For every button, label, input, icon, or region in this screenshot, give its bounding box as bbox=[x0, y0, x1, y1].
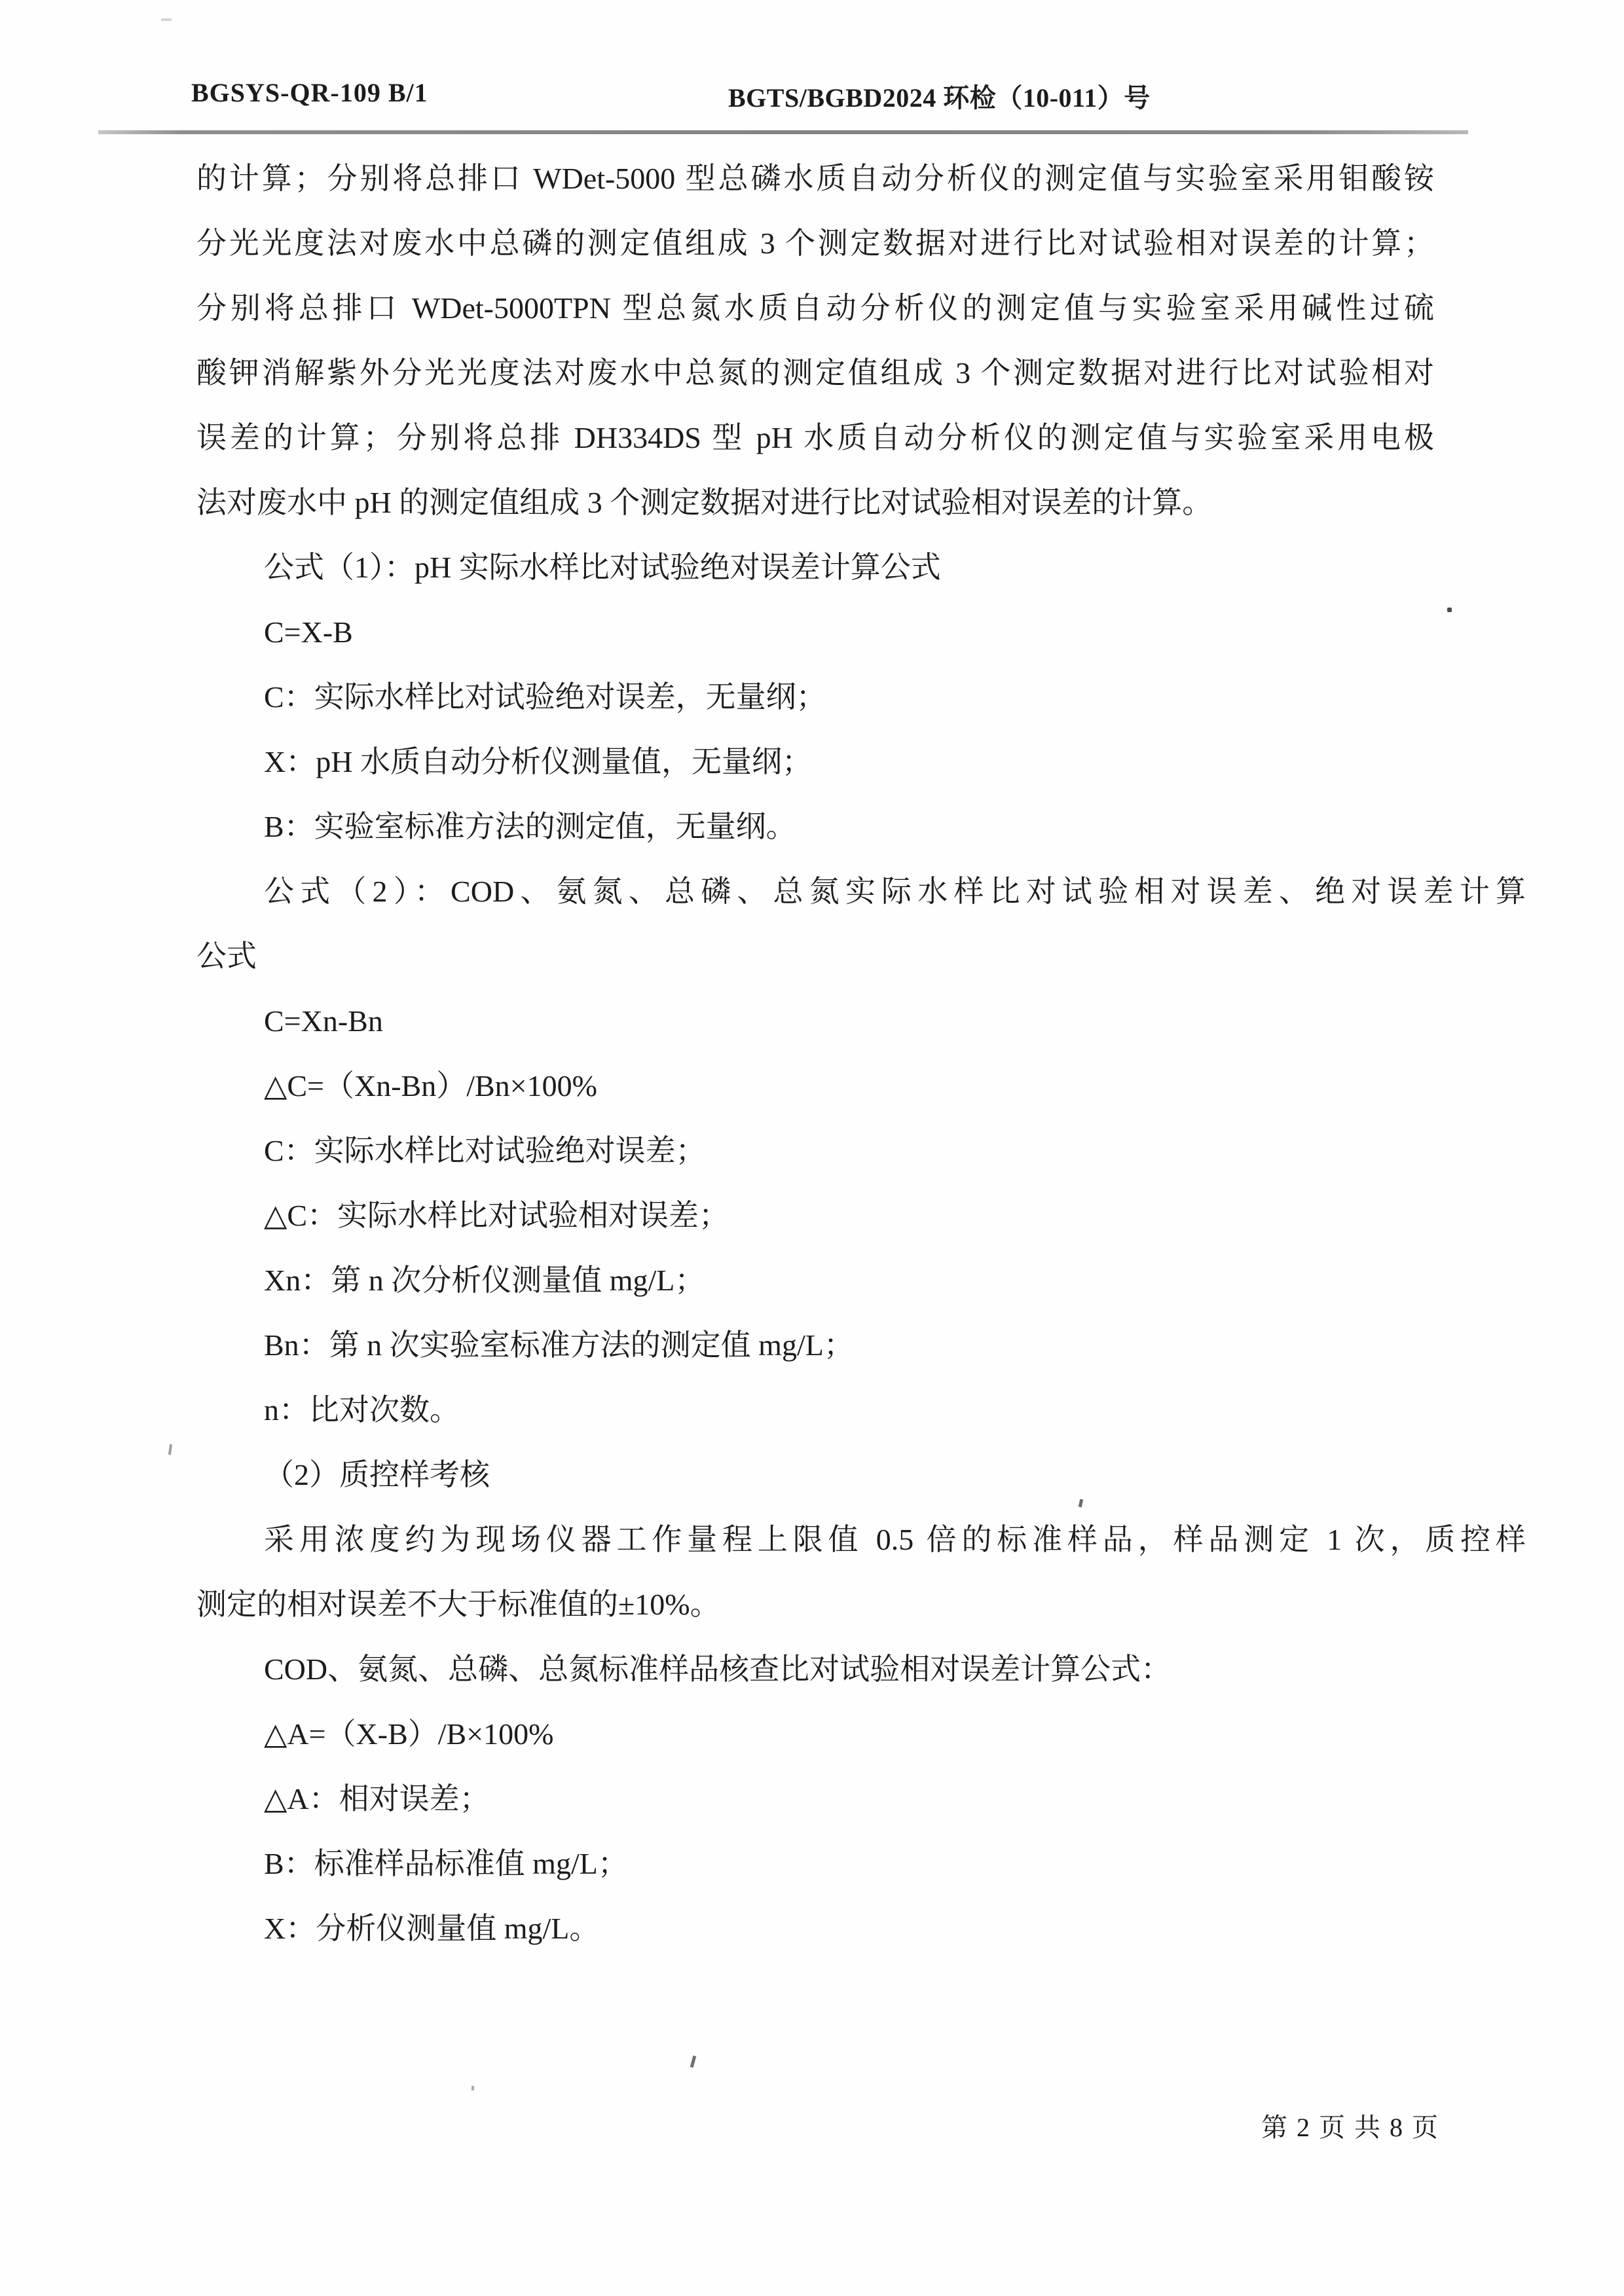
body-line-13: 公式 bbox=[196, 924, 1526, 989]
body-line-22: 采用浓度约为现场仪器工作量程上限值 0.5 倍的标准样品，样品测定 1 次，质控… bbox=[196, 1507, 1526, 1572]
header-rule bbox=[98, 130, 1468, 134]
document-body: 的计算；分别将总排口 WDet-5000 型总磷水质自动分析仪的测定值与实验室采… bbox=[196, 146, 1526, 1961]
scan-artifact bbox=[161, 18, 172, 21]
header-right-code: BGTS/BGBD2024 环检（10-011）号 bbox=[728, 77, 1151, 115]
body-line-1: 的计算；分别将总排口 WDet-5000 型总磷水质自动分析仪的测定值与实验室采… bbox=[196, 146, 1434, 211]
body-line-18: Xn：第 n 次分析仪测量值 mg/L； bbox=[196, 1248, 1526, 1313]
body-line-10: X：pH 水质自动分析仪测量值，无量纲； bbox=[196, 729, 1526, 794]
body-line-19: Bn：第 n 次实验室标准方法的测定值 mg/L； bbox=[196, 1313, 1526, 1377]
body-line-16: C：实际水样比对试验绝对误差； bbox=[196, 1118, 1526, 1183]
body-line-6: 法对废水中 pH 的测定值组成 3 个测定数据对进行比对试验相对误差的计算。 bbox=[196, 470, 1526, 535]
body-line-26: △A：相对误差； bbox=[196, 1766, 1526, 1831]
body-line-3: 分别将总排口 WDet-5000TPN 型总氮水质自动分析仪的测定值与实验室采用… bbox=[196, 276, 1434, 340]
body-line-21: （2）质控样考核 bbox=[196, 1442, 1526, 1507]
scan-artifact bbox=[471, 2086, 474, 2090]
body-line-15: △C=（Xn-Bn）/Bn×100% bbox=[196, 1053, 1526, 1118]
body-line-24: COD、氨氮、总磷、总氮标准样品核查比对试验相对误差计算公式： bbox=[196, 1637, 1526, 1702]
page-number: 第 2 页 共 8 页 bbox=[1261, 2107, 1439, 2144]
body-line-5: 误差的计算；分别将总排 DH334DS 型 pH 水质自动分析仪的测定值与实验室… bbox=[196, 405, 1434, 470]
body-line-28: X：分析仪测量值 mg/L。 bbox=[196, 1896, 1526, 1961]
body-line-14: C=Xn-Bn bbox=[196, 989, 1526, 1053]
body-line-8: C=X-B bbox=[196, 600, 1526, 665]
body-line-9: C：实际水样比对试验绝对误差，无量纲； bbox=[196, 665, 1526, 729]
body-line-17: △C：实际水样比对试验相对误差； bbox=[196, 1183, 1526, 1248]
header-left-code: BGSYS-QR-109 B/1 bbox=[191, 77, 428, 108]
body-line-27: B：标准样品标准值 mg/L； bbox=[196, 1831, 1526, 1896]
body-line-4: 酸钾消解紫外分光光度法对废水中总氮的测定值组成 3 个测定数据对进行比对试验相对 bbox=[196, 340, 1434, 405]
body-line-23: 测定的相对误差不大于标准值的±10%。 bbox=[196, 1572, 1526, 1637]
document-page: BGSYS-QR-109 B/1 BGTS/BGBD2024 环检（10-011… bbox=[0, 0, 1624, 2296]
body-line-2: 分光光度法对废水中总磷的测定值组成 3 个测定数据对进行比对试验相对误差的计算； bbox=[196, 211, 1434, 276]
body-line-7: 公式（1）：pH 实际水样比对试验绝对误差计算公式 bbox=[196, 535, 1526, 600]
body-line-12: 公式（2）：COD、氨氮、总磷、总氮实际水样比对试验相对误差、绝对误差计算 bbox=[196, 859, 1526, 924]
body-line-25: △A=（X-B）/B×100% bbox=[196, 1702, 1526, 1766]
scan-artifact bbox=[1447, 608, 1452, 612]
scan-artifact bbox=[690, 2056, 696, 2068]
scan-artifact bbox=[168, 1444, 172, 1455]
body-line-11: B：实验室标准方法的测定值，无量纲。 bbox=[196, 794, 1526, 859]
body-line-20: n：比对次数。 bbox=[196, 1377, 1526, 1442]
